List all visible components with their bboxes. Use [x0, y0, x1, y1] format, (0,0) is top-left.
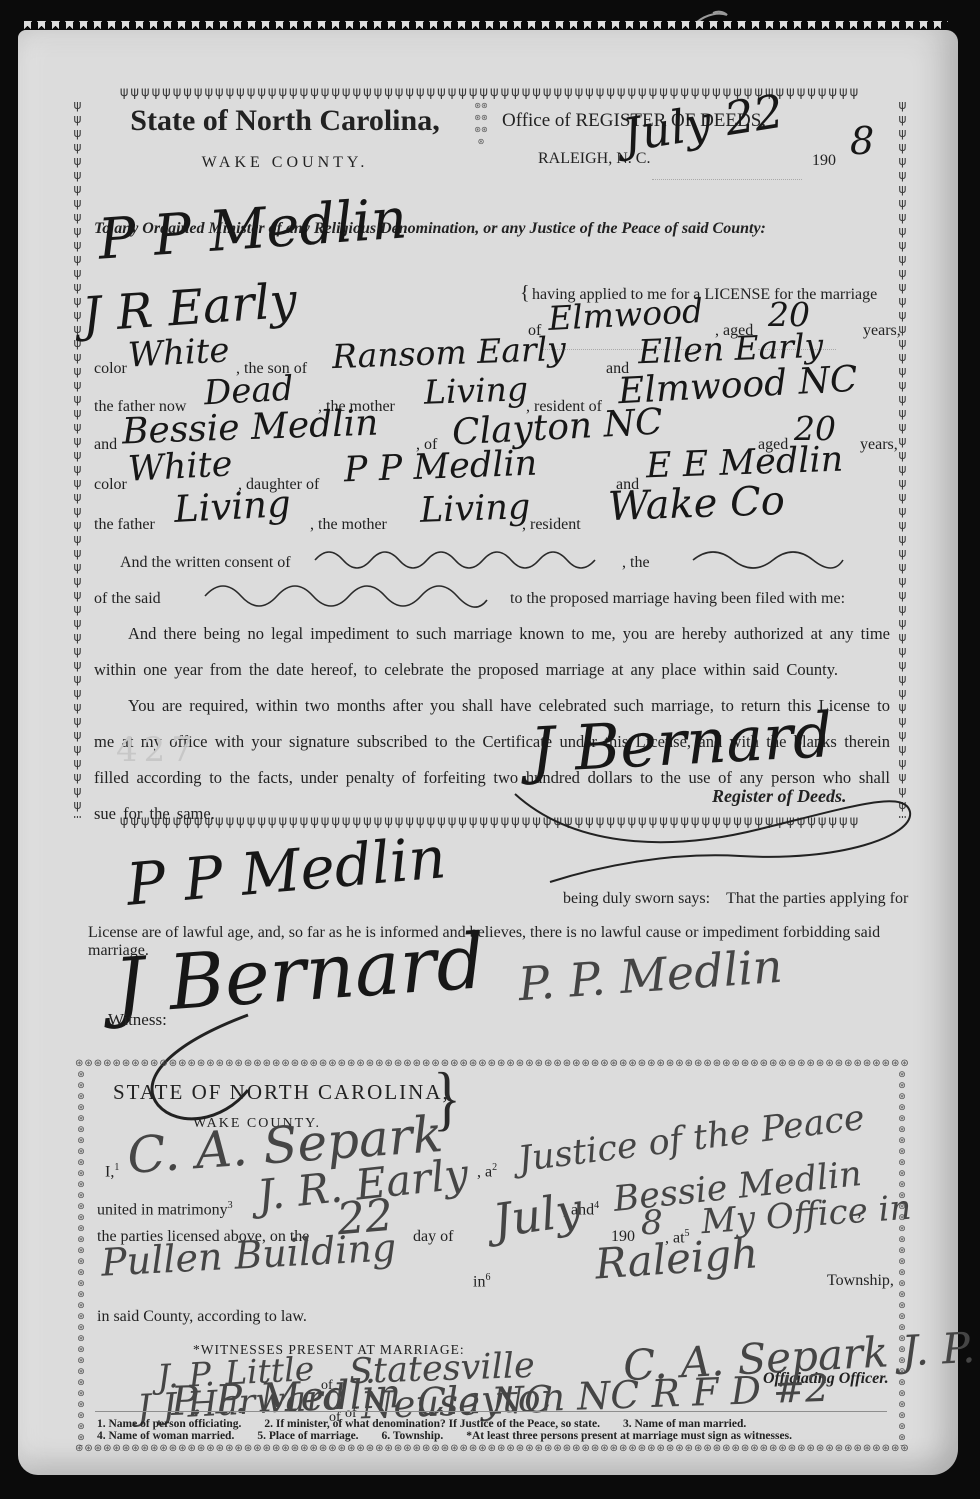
label-years2: years,: [860, 436, 898, 454]
groom-color: White: [127, 333, 230, 372]
date-rule: [652, 178, 802, 180]
sworn-text: being duly sworn says: That the parties …: [563, 890, 908, 908]
authorization-paragraph: And there being no legal impediment to s…: [94, 616, 890, 688]
county-title: WAKE COUNTY.: [90, 154, 480, 172]
footnote-ref-1: 1: [114, 1162, 119, 1173]
label-united: united in matrimony3: [97, 1200, 233, 1219]
applicant-signature: P P Medlin: [96, 191, 408, 268]
label-filed: to the proposed marriage having been fil…: [510, 590, 845, 608]
license-section: ψψψψψψψψψψψψψψψψψψψψψψψψψψψψψψψψψψψψψψψψ…: [70, 86, 910, 830]
label-a: , a2: [477, 1162, 497, 1181]
label-years: years,: [863, 322, 901, 340]
applied-brace: {: [520, 282, 530, 305]
ornament-border-left: ψψψψψψψψψψψψψψψψψψψψψψψψψψψψψψψψψψψψψψψψ…: [70, 98, 85, 818]
document-page: ψψψψψψψψψψψψψψψψψψψψψψψψψψψψψψψψψψψψψψψψ…: [18, 30, 958, 1475]
label-the: , the: [622, 554, 650, 572]
footnote-ref-3: 3: [228, 1200, 233, 1211]
ornament-border-top: ψψψψψψψψψψψψψψψψψψψψψψψψψψψψψψψψψψψψψψψψ…: [70, 86, 910, 101]
squiggle-mark: [310, 544, 610, 570]
witness-3-name: P. P. Medlin: [170, 1374, 401, 1422]
footnote-ref-4: 4: [594, 1200, 599, 1211]
bride-parents-residence: Wake Co: [607, 481, 785, 527]
footnote-line-1: 1. Name of person officiating. 2. If min…: [97, 1418, 889, 1430]
label-of-said: of the said: [94, 590, 161, 608]
year-handwritten: 8: [850, 122, 874, 160]
bride-name: Bessie Medlin: [121, 406, 379, 451]
affiant-name-handwritten: P P Medlin: [124, 828, 448, 914]
register-title: Register of Deeds.: [712, 786, 846, 807]
state-title: State of North Carolina,: [90, 104, 480, 138]
bride-mother-name: E E Medlin: [645, 443, 843, 485]
groom-father-name: Ransom Early: [331, 332, 566, 373]
groom-mother-status: Living: [423, 372, 528, 409]
label-consent: And the written consent of: [120, 554, 291, 572]
label-united-text: united in matrimony: [97, 1201, 228, 1218]
squiggle-mark: [200, 578, 490, 608]
label-i: I,1: [105, 1162, 119, 1181]
marriage-township: Raleigh: [594, 1232, 760, 1285]
label-resident2: , resident: [522, 516, 581, 534]
marriage-month: July: [490, 1186, 584, 1244]
bride-color: White: [127, 447, 233, 487]
bride-father-status: Living: [173, 485, 291, 528]
groom-residence: Elmwood: [547, 294, 704, 335]
label-father2: the father: [94, 516, 155, 534]
label-day-of: day of: [413, 1228, 453, 1246]
label-i-text: I,: [105, 1163, 114, 1180]
bead-border-right: ⊛⊛⊛⊛⊛⊛⊛⊛⊛⊛⊛⊛⊛⊛⊛⊛⊛⊛⊛⊛⊛⊛⊛⊛⊛⊛⊛⊛⊛⊛⊛⊛⊛⊛⊛⊛⊛⊛⊛⊛…: [896, 1070, 908, 1446]
bride-mother-status: Living: [419, 490, 531, 529]
groom-name-handwritten: J R Early: [81, 277, 299, 340]
label-color2: color: [94, 476, 127, 494]
bead-border-bottom: ⊛⊛⊛⊛⊛⊛⊛⊛⊛⊛⊛⊛⊛⊛⊛⊛⊛⊛⊛⊛⊛⊛⊛⊛⊛⊛⊛⊛⊛⊛⊛⊛⊛⊛⊛⊛⊛⊛⊛⊛…: [75, 1443, 908, 1458]
label-color: color: [94, 360, 127, 378]
label-a-text: , a: [477, 1163, 492, 1180]
perforated-edge: [24, 21, 948, 31]
bride-father-name: P P Medlin: [343, 447, 537, 489]
signature-baseline: [95, 1410, 887, 1412]
footnote-ref-2: 2: [492, 1162, 497, 1173]
stamp-number: 427: [116, 730, 199, 770]
bride-residence: Clayton NC: [451, 405, 663, 452]
bead-border-top: ⊛⊛⊛⊛⊛⊛⊛⊛⊛⊛⊛⊛⊛⊛⊛⊛⊛⊛⊛⊛⊛⊛⊛⊛⊛⊛⊛⊛⊛⊛⊛⊛⊛⊛⊛⊛⊛⊛⊛⊛…: [75, 1058, 908, 1073]
certificate-section: ⊛⊛⊛⊛⊛⊛⊛⊛⊛⊛⊛⊛⊛⊛⊛⊛⊛⊛⊛⊛⊛⊛⊛⊛⊛⊛⊛⊛⊛⊛⊛⊛⊛⊛⊛⊛⊛⊛⊛⊛…: [75, 1058, 908, 1458]
signature-flourish: [510, 734, 920, 884]
bead-border-left: ⊛⊛⊛⊛⊛⊛⊛⊛⊛⊛⊛⊛⊛⊛⊛⊛⊛⊛⊛⊛⊛⊛⊛⊛⊛⊛⊛⊛⊛⊛⊛⊛⊛⊛⊛⊛⊛⊛⊛⊛…: [75, 1070, 87, 1446]
ornament-border-right: ψψψψψψψψψψψψψψψψψψψψψψψψψψψψψψψψψψψψψψψψ…: [895, 98, 910, 818]
footnote-line-2: 4. Name of woman married. 5. Place of ma…: [97, 1430, 889, 1442]
label-township: Township,: [827, 1272, 894, 1290]
label-and2: and: [94, 436, 117, 454]
year-printed: 190: [812, 152, 836, 170]
label-in: in6: [473, 1272, 490, 1291]
squiggle-mark: [688, 544, 848, 570]
groom-father-status: Dead: [203, 372, 294, 411]
certificate-state-title: STATE OF NORTH CAROLINA,: [113, 1080, 450, 1105]
footnote-ref-6: 6: [485, 1272, 490, 1283]
label-in-text: in: [473, 1273, 485, 1290]
label-according-law: in said County, according to law.: [97, 1308, 307, 1326]
witness-label: Witness:: [108, 1010, 167, 1030]
header-divider-ornament: ⊛⊛⊛⊛⊛⊛⊛: [474, 100, 488, 192]
label-mother2: , the mother: [310, 516, 387, 534]
